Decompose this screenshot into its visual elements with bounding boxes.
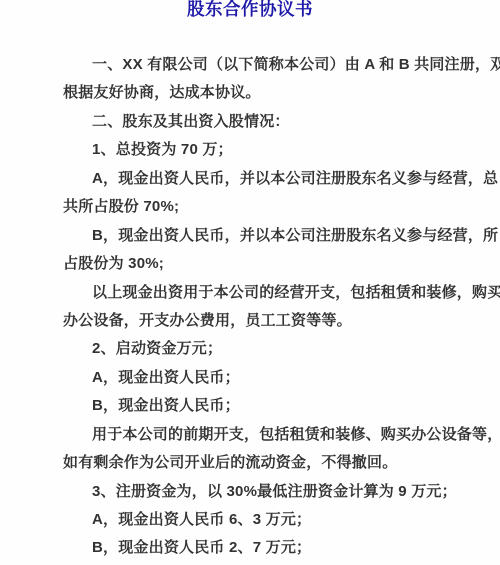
doc-line: 办公设备，开支办公费用，员工工资等等。 xyxy=(63,307,443,335)
doc-line: 如有剩余作为公司开业后的流动资金，不得撤回。 xyxy=(63,449,443,477)
doc-line: A，现金出资人民币 6、3 万元； xyxy=(63,506,443,534)
doc-line: 3、注册资金为，以 30%最低注册资金计算为 9 万元； xyxy=(63,478,443,506)
doc-line: A，现金出资人民币； xyxy=(63,364,443,392)
doc-line: 共所占股份 70%; xyxy=(63,193,443,221)
document-page: 股东合作协议书 一、XX 有限公司（以下简称本公司）由 A 和 B 共同注册，双… xyxy=(0,0,500,565)
doc-line: 以上现金出资用于本公司的经营开支，包括租赁和装修，购买 xyxy=(63,279,443,307)
doc-line: 2、启动资金万元； xyxy=(63,335,443,363)
doc-line: A，现金出资人民币，并以本公司注册股东名义参与经营，总 xyxy=(63,165,443,193)
doc-line: 二、股东及其出资入股情况： xyxy=(63,108,443,136)
doc-line: 1、总投资为 70 万； xyxy=(63,136,443,164)
doc-line: 一、XX 有限公司（以下简称本公司）由 A 和 B 共同注册，双方 xyxy=(63,51,443,79)
doc-line: 占股份为 30%; xyxy=(63,250,443,278)
doc-line: B，现金出资人民币 2、7 万元； xyxy=(63,534,443,562)
document-body: 一、XX 有限公司（以下简称本公司）由 A 和 B 共同注册，双方 根据友好协商… xyxy=(63,51,443,563)
doc-line: 根据友好协商，达成本协议。 xyxy=(63,79,443,107)
doc-line: 用于本公司的前期开支，包括租赁和装修、购买办公设备等， xyxy=(63,421,443,449)
document-title: 股东合作协议书 xyxy=(0,0,500,20)
doc-line: B，现金出资人民币； xyxy=(63,392,443,420)
doc-line: B，现金出资人民币，并以本公司注册股东名义参与经营，所 xyxy=(63,222,443,250)
